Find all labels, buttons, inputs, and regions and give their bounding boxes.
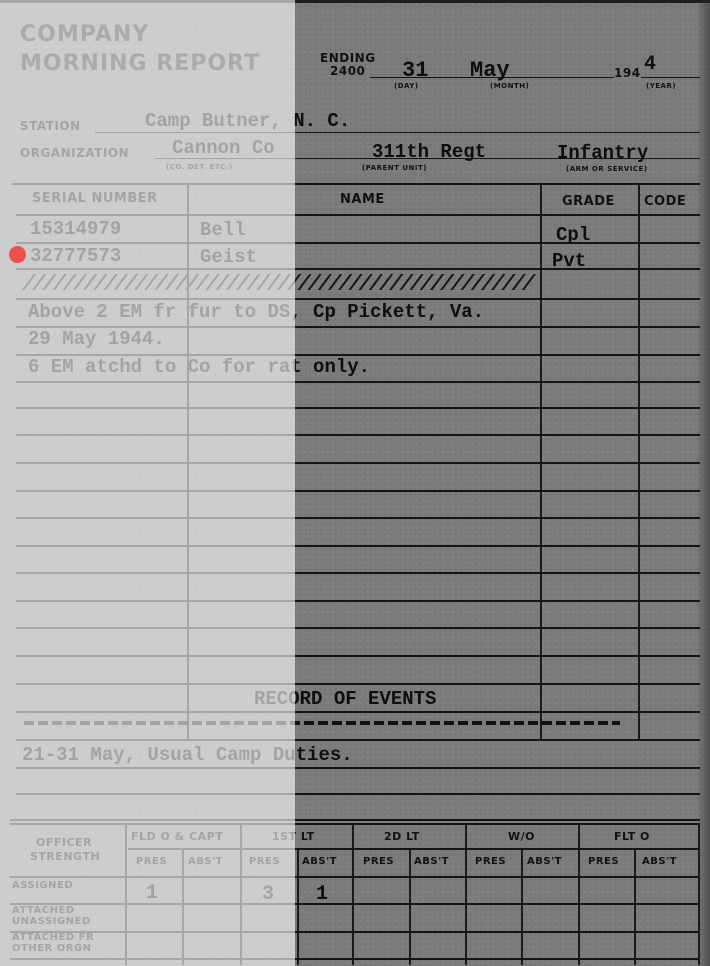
year-prefix: 194 [614,66,641,80]
roster-grade-1: Cpl [556,224,590,246]
sub-abst: ABS'T [302,856,337,867]
day-label: (DAY) [394,82,419,90]
red-dot-marker [9,246,26,263]
highlight-overlay [0,0,295,966]
arm-of-service-label: (ARM OR SERVICE) [566,165,648,173]
report-day: 31 [402,58,428,83]
group-flt-o: FLT O [614,830,650,843]
officer-grid-vline [521,850,523,965]
officer-grid-vline [409,850,411,965]
ending-label: ENDING [320,51,376,65]
officer-grid-vline [634,850,636,965]
parent-unit-label: (PARENT UNIT) [362,164,427,172]
assigned-1st-lt-abst: 1 [316,883,328,906]
officer-grid-vline [352,825,354,965]
sub-pres: PRES [475,856,506,867]
group-wo: W/O [508,830,535,843]
arm-of-service-value: Infantry [557,142,648,164]
column-name: NAME [340,192,385,207]
sub-pres: PRES [363,856,394,867]
report-month: May [470,58,510,83]
sub-abst: ABS'T [414,856,449,867]
parent-unit-value: 311th Regt [372,141,486,163]
column-grade: GRADE [562,194,615,209]
scan-shadow [696,0,710,966]
year-label: (YEAR) [646,82,676,90]
ending-time-label: 2400 [330,64,365,78]
report-year-digit: 4 [644,53,656,76]
month-label: (MONTH) [490,82,529,90]
sub-abst: ABS'T [527,856,562,867]
officer-grid-vline [465,825,467,965]
sub-abst: ABS'T [642,856,677,867]
sub-pres: PRES [588,856,619,867]
group-2d-lt: 2D LT [384,830,420,843]
officer-grid-vline [578,825,580,965]
roster-grade-2: Pvt [552,250,586,272]
morning-report-page: COMPANY MORNING REPORT ENDING 2400 31 (D… [0,0,710,966]
column-code: CODE [644,194,686,209]
officer-grid-vline [297,850,299,965]
